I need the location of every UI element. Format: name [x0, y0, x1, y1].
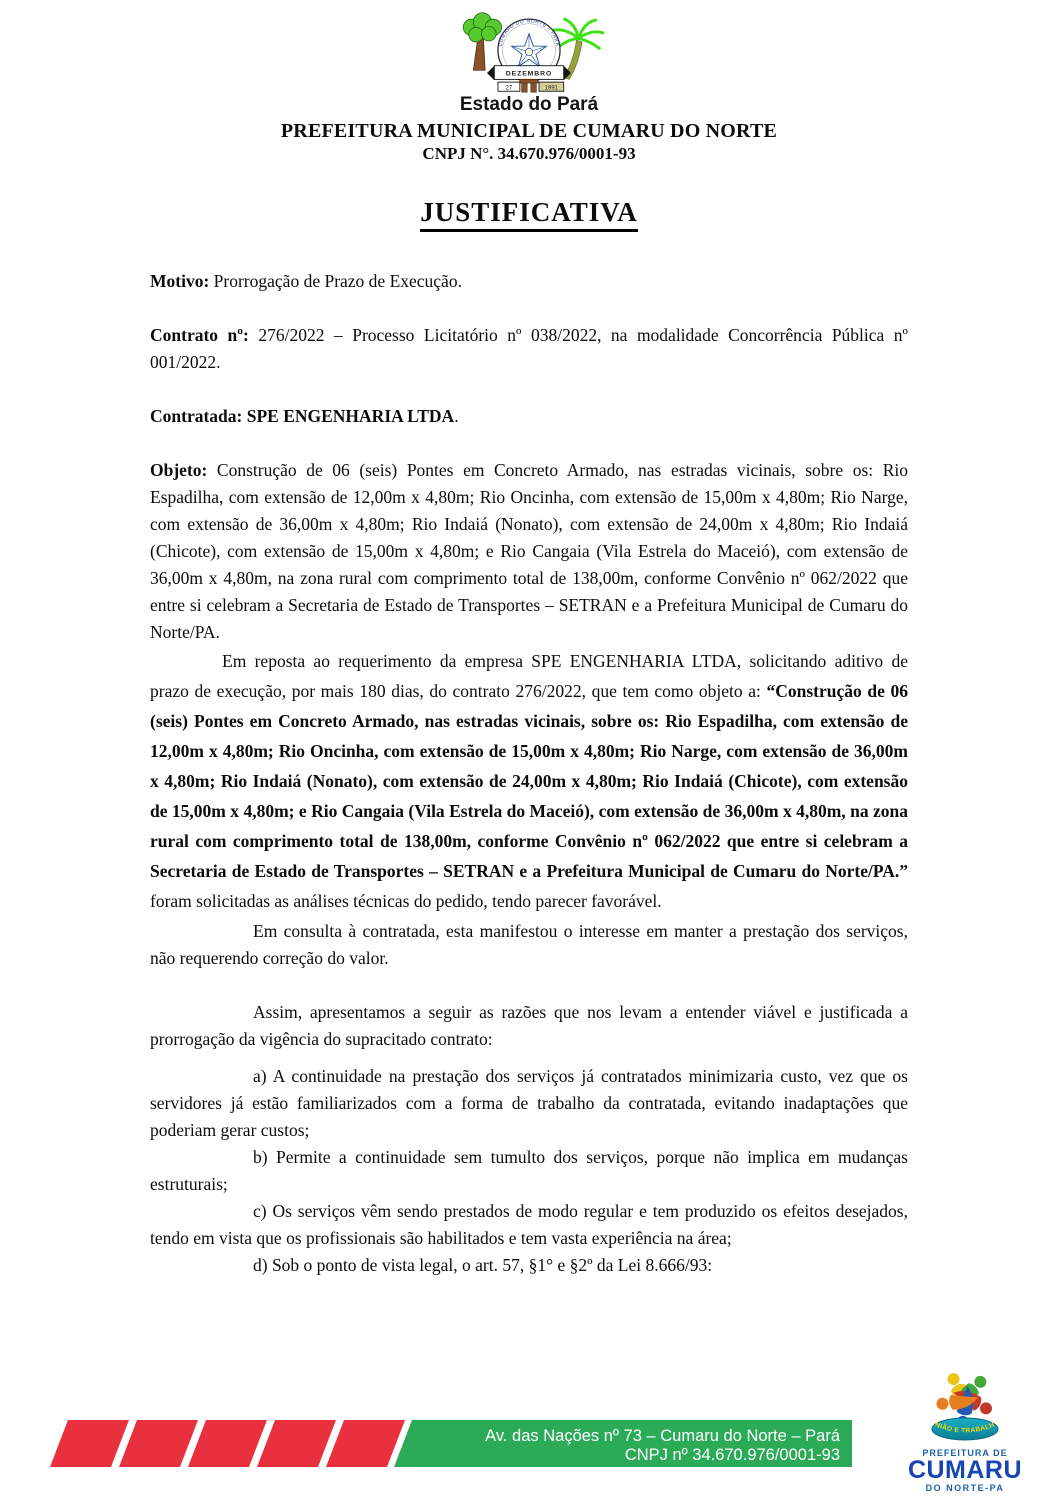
footer-red-stripe — [188, 1420, 267, 1467]
paragraph-item-b: b) Permite a continuidade sem tumulto do… — [150, 1144, 908, 1198]
contratada-text: . — [454, 406, 458, 426]
logo-region-label: DO NORTE-PA — [926, 1483, 1005, 1493]
document-page: CUMARU DO NORTE – PARÁ DEZEMBRO — [0, 0, 1058, 1497]
paragraph-item-a: a) A continuidade na prestação dos servi… — [150, 1063, 908, 1144]
contrato-text: 276/2022 – Processo Licitatório nº 038/2… — [150, 325, 908, 372]
footer-red-stripe — [326, 1420, 405, 1467]
footer-red-stripe — [50, 1420, 129, 1467]
paragraph-contratada: Contratada: SPE ENGENHARIA LTDA. — [150, 403, 908, 430]
crest-banner-text: DEZEMBRO — [506, 71, 552, 78]
org-cnpj: CNPJ N°. 34.670.976/0001-93 — [0, 144, 1058, 164]
paragraph-item-c: c) Os serviços vêm sendo prestados de mo… — [150, 1198, 908, 1252]
paragraph-item-d: d) Sob o ponto de vista legal, o art. 57… — [150, 1252, 908, 1279]
crest-stump-icon — [520, 79, 538, 92]
paragraph-reposta: Em reposta ao requerimento da empresa SP… — [150, 646, 908, 916]
footer-address-line2: CNPJ nº 34.670.976/0001-93 — [485, 1446, 840, 1465]
paragraph-motivo: Motivo: Prorrogação de Prazo de Execução… — [150, 268, 908, 295]
tree-icon — [463, 13, 501, 71]
crest-banner: DEZEMBRO — [487, 66, 571, 81]
footer-address: Av. das Nações nº 73 – Cumaru do Norte –… — [485, 1427, 840, 1465]
footer-address-line1: Av. das Nações nº 73 – Cumaru do Norte –… — [485, 1427, 840, 1446]
motivo-text: Prorrogação de Prazo de Execução. — [209, 271, 462, 291]
contratada-label: Contratada: SPE ENGENHARIA LTDA — [150, 406, 454, 426]
reposta-post: foram solicitadas as análises técnicas d… — [150, 891, 662, 911]
org-name: PREFEITURA MUNICIPAL DE CUMARU DO NORTE — [0, 120, 1058, 143]
crest-day-box: 27 — [498, 82, 520, 91]
objeto-text: Construção de 06 (seis) Pontes em Concre… — [150, 460, 908, 642]
reposta-quote: “Construção de 06 (seis) Pontes em Concr… — [150, 681, 908, 881]
logo-city-name: CUMARU — [908, 1456, 1022, 1484]
doc-title-text: JUSTIFICATIVA — [420, 197, 638, 232]
paragraph-contrato: Contrato nº: 276/2022 – Processo Licitat… — [150, 322, 908, 376]
paragraph-assim: Assim, apresentamos a seguir as razões q… — [150, 999, 908, 1053]
crest-year-box: 1991 — [539, 82, 564, 91]
city-logo: UNIÃO E TRABALHO PREFEITURA DE CUMARU DO… — [905, 1363, 1025, 1495]
doc-title: JUSTIFICATIVA — [0, 197, 1058, 232]
footer-red-stripe — [119, 1420, 198, 1467]
footer-green-bar: Av. das Nações nº 73 – Cumaru do Norte –… — [394, 1420, 852, 1467]
objeto-label: Objeto: — [150, 460, 207, 480]
municipal-crest-icon: CUMARU DO NORTE – PARÁ DEZEMBRO — [434, 10, 624, 94]
paragraph-consulta: Em consulta à contratada, esta manifesto… — [150, 918, 908, 972]
svg-text:27: 27 — [506, 85, 513, 91]
paragraph-objeto: Objeto: Construção de 06 (seis) Pontes e… — [150, 457, 908, 646]
svg-text:1991: 1991 — [545, 85, 558, 91]
motivo-label: Motivo: — [150, 271, 209, 291]
contrato-label: Contrato nº: — [150, 325, 249, 345]
state-label: Estado do Pará — [0, 94, 1058, 116]
footer-red-stripe — [257, 1420, 336, 1467]
document-body: Motivo: Prorrogação de Prazo de Execução… — [150, 268, 908, 1279]
